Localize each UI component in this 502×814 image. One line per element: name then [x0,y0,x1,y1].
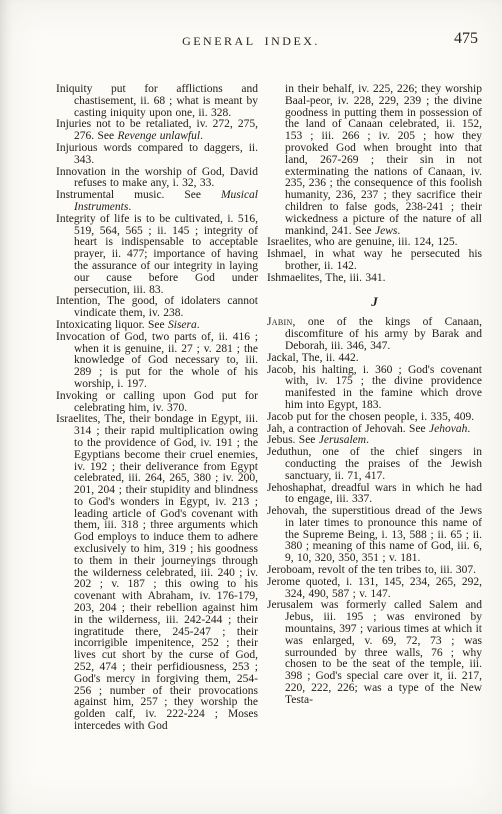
entry-text: Iniquity put for afflictions and chastis… [56,83,258,119]
entry-text: . [397,225,400,237]
index-entry: Innovation in the worship of God, David … [56,167,258,191]
index-entry-continuation: in their behalf, iv. 225, 226; they wors… [267,84,482,237]
index-entry: Jabin, one of the kings of Canaan, disco… [267,317,482,352]
entry-text: Israelites, who are genuine, iii. 124, 1… [267,236,457,248]
entry-text: Revenge unlawful [117,130,200,142]
entry-text: Ishmael, in what way he persecuted his b… [267,248,482,272]
index-entry: Jerome quoted, i. 131, 145, 234, 265, 29… [267,577,482,601]
entry-text: Jackal, The, ii. 442. [267,352,359,364]
index-entry: Jehovah, the superstitious dread of the … [267,506,482,565]
entry-text: . [366,434,369,446]
index-entry: Ishmael, in what way he persecuted his b… [267,249,482,273]
index-columns: Iniquity put for afflictions and chastis… [0,64,502,733]
entry-text: in their behalf, iv. 225, 226; they wors… [285,83,482,237]
entry-text: Intoxicating liquor. See [56,319,168,331]
entry-text: . [197,319,200,331]
page-number: 475 [454,30,478,48]
entry-text: Jeroboam, revolt of the ten tribes to, i… [267,564,476,576]
scanned-page: GENERAL INDEX. 475 Iniquity put for affl… [0,0,502,814]
running-title: GENERAL INDEX. [0,34,502,49]
entry-text: Jehoshaphat, dreadful wars in which he h… [267,482,482,506]
index-entry: Integrity of life is to be cultivated, i… [56,214,258,297]
index-entry: Intention, The good, of idolaters cannot… [56,296,258,320]
page-header: GENERAL INDEX. 475 [0,0,502,64]
index-entry: Jerusalem was formerly called Salem and … [267,600,482,706]
entry-text: Jeduthun, one of the chief singers in co… [267,446,482,482]
entry-text: Jews [375,225,397,237]
index-entry: Ishmaelites, The, iii. 341. [267,273,482,285]
index-entry: Iniquity put for afflictions and chastis… [56,84,258,119]
index-entry: Jacob, his halting, i. 360 ; God's coven… [267,365,482,412]
index-entry: Jehoshaphat, dreadful wars in which he h… [267,483,482,507]
entry-text: Jehovah, the superstitious dread of the … [267,505,482,564]
index-column-right: in their behalf, iv. 225, 226; they wors… [267,84,482,733]
entry-text: Sisera [168,319,197,331]
index-entry: Invoking or calling upon God put for cel… [56,391,258,415]
index-entry: Invocation of God, two parts of, ii. 416… [56,332,258,391]
entry-text: Jehovah [429,423,467,435]
entry-text: Jah, a contraction of Jehovah. See [267,423,429,435]
entry-text: Jerome quoted, i. 131, 145, 234, 265, 29… [267,576,482,600]
entry-text: Jacob put for the chosen people, i. 335,… [267,411,474,423]
entry-text: Integrity of life is to be cultivated, i… [56,213,258,296]
entry-text: Jerusalem [319,434,366,446]
entry-text: Jabin [267,316,293,328]
entry-text: Ishmaelites, The, iii. 341. [267,272,386,284]
entry-text: Innovation in the worship of God, David … [56,166,258,190]
entry-text: , one of the kings of Canaan, discomfitu… [285,316,482,352]
entry-text: Jerusalem was formerly called Salem and … [267,599,482,705]
entry-text: Jebus. See [267,434,319,446]
index-column-left: Iniquity put for afflictions and chastis… [56,84,258,733]
entry-text: Israelites, The, their bondage in Egypt,… [56,413,258,732]
entry-text: Injurious words compared to daggers, ii.… [56,142,258,166]
entry-text: . [467,423,470,435]
entry-text: Instrumental music. See [56,189,221,201]
entry-text: Invocation of God, two parts of, ii. 416… [56,331,258,390]
index-entry: Instrumental music. See Musical Instrume… [56,190,258,214]
entry-text: Jacob, his halting, i. 360 ; God's coven… [267,364,482,411]
entry-text: Invoking or calling upon God put for cel… [56,390,258,414]
index-entry: Injuries not to be retaliated, iv. 272, … [56,119,258,143]
section-heading: J [267,296,482,308]
index-entry: Israelites, The, their bondage in Egypt,… [56,414,258,733]
entry-text: . [200,130,203,142]
index-entry: Injurious words compared to daggers, ii.… [56,143,258,167]
entry-text: Intention, The good, of idolaters cannot… [56,295,258,319]
entry-text: . [128,201,131,213]
index-entry: Jeduthun, one of the chief singers in co… [267,447,482,482]
